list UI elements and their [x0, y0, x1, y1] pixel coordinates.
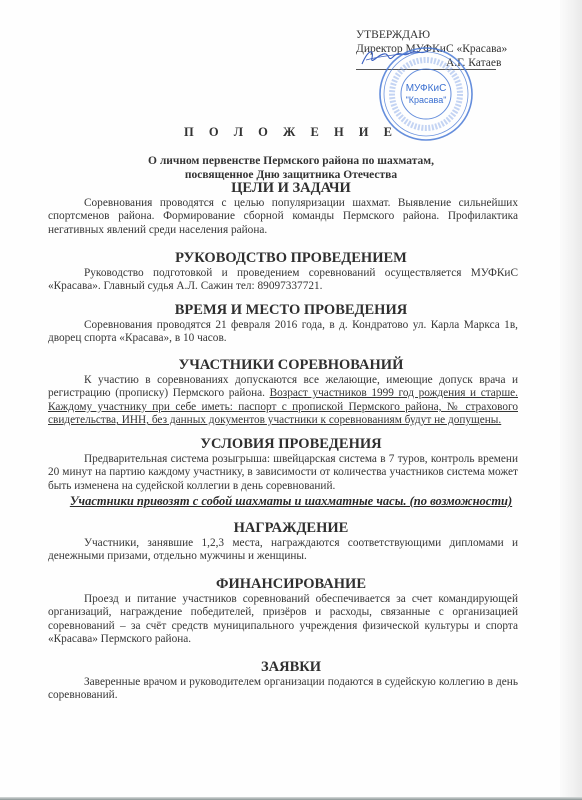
section-heading-management: РУКОВОДСТВО ПРОВЕДЕНИЕМ	[0, 250, 582, 266]
section-text-goals: Соревнования проводятся с целью популяри…	[48, 197, 518, 237]
section-text-financing: Проезд и питание участников соревнований…	[48, 593, 518, 647]
section-text-time-place: Соревнования проводятся 21 февраля 2016 …	[48, 319, 518, 346]
document-page: УТВЕРЖДАЮ Директор МУФКиС «Красава» А.Г.…	[0, 0, 582, 800]
section-heading-applications: ЗАЯВКИ	[0, 659, 582, 675]
section-text-applications: Заверенные врачом и руководителем органи…	[48, 676, 518, 703]
section-heading-financing: ФИНАНСИРОВАНИЕ	[0, 576, 582, 592]
section-text-management: Руководство подготовкой и проведением со…	[48, 267, 518, 294]
section-heading-goals: ЦЕЛИ И ЗАДАЧИ	[0, 180, 582, 196]
section-text-awards: Участники, занявшие 1,2,3 места, награжд…	[48, 537, 518, 564]
subtitle-line1: О личном первенстве Пермского района по …	[0, 154, 582, 168]
section-text-participants: К участию в соревнованиях допускаются вс…	[48, 374, 518, 428]
document-subtitle: О личном первенстве Пермского района по …	[0, 154, 582, 182]
document-title: П О Л О Ж Е Н И Е	[0, 125, 582, 140]
section-heading-time-place: ВРЕМЯ И МЕСТО ПРОВЕДЕНИЯ	[0, 302, 582, 318]
stamp-line1: МУФКиС	[406, 83, 447, 94]
approval-heading: УТВЕРЖДАЮ	[356, 28, 430, 42]
section-heading-participants: УЧАСТНИКИ СОРЕВНОВАНИЙ	[0, 357, 582, 373]
stamp-line2: "Красава"	[406, 95, 447, 105]
conditions-note: Участники привозят с собой шахматы и шах…	[0, 494, 582, 509]
page-edge-shadow	[560, 0, 582, 800]
section-heading-awards: НАГРАЖДЕНИЕ	[0, 520, 582, 536]
section-heading-conditions: УСЛОВИЯ ПРОВЕДЕНИЯ	[0, 436, 582, 452]
section-text-conditions: Предварительная система розыгрыша: швейц…	[48, 453, 518, 493]
